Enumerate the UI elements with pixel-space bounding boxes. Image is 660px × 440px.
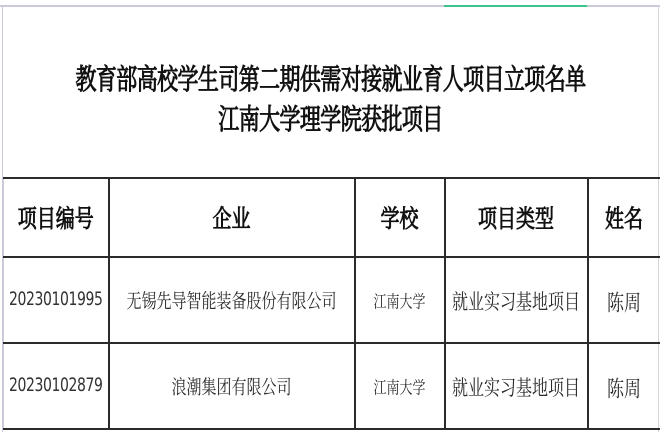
header-name: 姓名 — [588, 178, 660, 257]
cell-company: 浪潮集团有限公司 — [109, 343, 355, 429]
cell-school: 江南大学 — [355, 257, 445, 343]
cell-name: 陈周 — [588, 257, 660, 343]
cell-project-type: 就业实习基地项目 — [445, 343, 588, 429]
cell-name: 陈周 — [588, 343, 660, 429]
header-project-type: 项目类型 — [445, 178, 588, 257]
header-project-id: 项目编号 — [4, 178, 109, 257]
cell-project-type: 就业实习基地项目 — [445, 257, 588, 343]
cell-project-id: 20230102879 — [4, 343, 109, 429]
table-header-row: 项目编号 企业 学校 项目类型 姓名 — [4, 178, 660, 257]
document-title: 教育部高校学生司第二期供需对接就业育人项目立项名单 — [3, 58, 658, 99]
cell-project-id: 20230101995 — [4, 257, 109, 343]
header-school: 学校 — [355, 178, 445, 257]
cell-school: 江南大学 — [355, 343, 445, 429]
table-row: 20230102879 浪潮集团有限公司 江南大学 就业实习基地项目 陈周 — [4, 343, 660, 429]
document-subtitle: 江南大学理学院获批项目 — [3, 98, 658, 139]
cell-company: 无锡先导智能装备股份有限公司 — [109, 257, 355, 343]
header-company: 企业 — [109, 178, 355, 257]
table-row: 20230101995 无锡先导智能装备股份有限公司 江南大学 就业实习基地项目… — [4, 257, 660, 343]
project-table: 项目编号 企业 学校 项目类型 姓名 20230101995 无锡先导智能装备股… — [3, 177, 660, 430]
document-title-block: 教育部高校学生司第二期供需对接就业育人项目立项名单 江南大学理学院获批项目 — [3, 7, 658, 177]
